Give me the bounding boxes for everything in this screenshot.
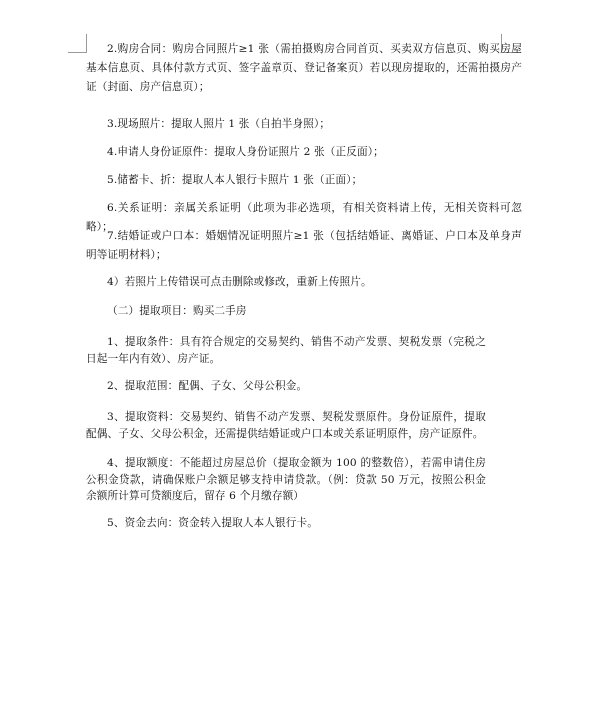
paragraph-withdrawal-materials: 3、提取资料：交易契约、销售不动产发票、契税发票原件。身份证原件，提取配偶、子女… <box>86 409 486 442</box>
paragraph-bank-card: 5.储蓄卡、折：提取人本人银行卡照片 1 张（正面）； <box>86 171 522 190</box>
document-page: 2.购房合同：购房合同照片≥1 张（需拍摄购房合同首页、买卖双方信息页、购买房屋… <box>0 0 591 701</box>
paragraph-withdrawal-conditions: 1、提取条件：具有符合规定的交易契约、销售不动产发票、契税发票（完税之日起一年内… <box>86 334 486 367</box>
paragraph-id-card: 4.申请人身份证原件：提取人身份证照片 2 张（正反面）； <box>86 143 522 162</box>
paragraph-site-photo: 3.现场照片：提取人照片 1 张（自拍半身照）； <box>86 115 522 134</box>
paragraph-withdrawal-limit: 4、提取额度：不能超过房屋总价（提取金额为 100 的整数倍），若需申请住房公积… <box>86 455 486 505</box>
paragraph-purchase-contract: 2.购房合同：购房合同照片≥1 张（需拍摄购房合同首页、买卖双方信息页、购买房屋… <box>86 40 522 97</box>
margin-corner-mark-top-left <box>68 34 87 53</box>
paragraph-fund-destination: 5、资金去向：资金转入提取人本人银行卡。 <box>86 514 522 533</box>
paragraph-withdrawal-scope: 2、提取范围：配偶、子女、父母公积金。 <box>86 377 522 396</box>
paragraph-upload-note: 4）若照片上传错误可点击删除或修改，重新上传照片。 <box>86 273 522 292</box>
section-heading-second-hand-house: （二）提取项目：购买二手房 <box>86 302 522 321</box>
paragraph-marriage-certificate: 7.结婚证或户口本：婚姻情况证明照片≥1 张（包括结婚证、离婚证、户口本及单身声… <box>86 227 522 265</box>
